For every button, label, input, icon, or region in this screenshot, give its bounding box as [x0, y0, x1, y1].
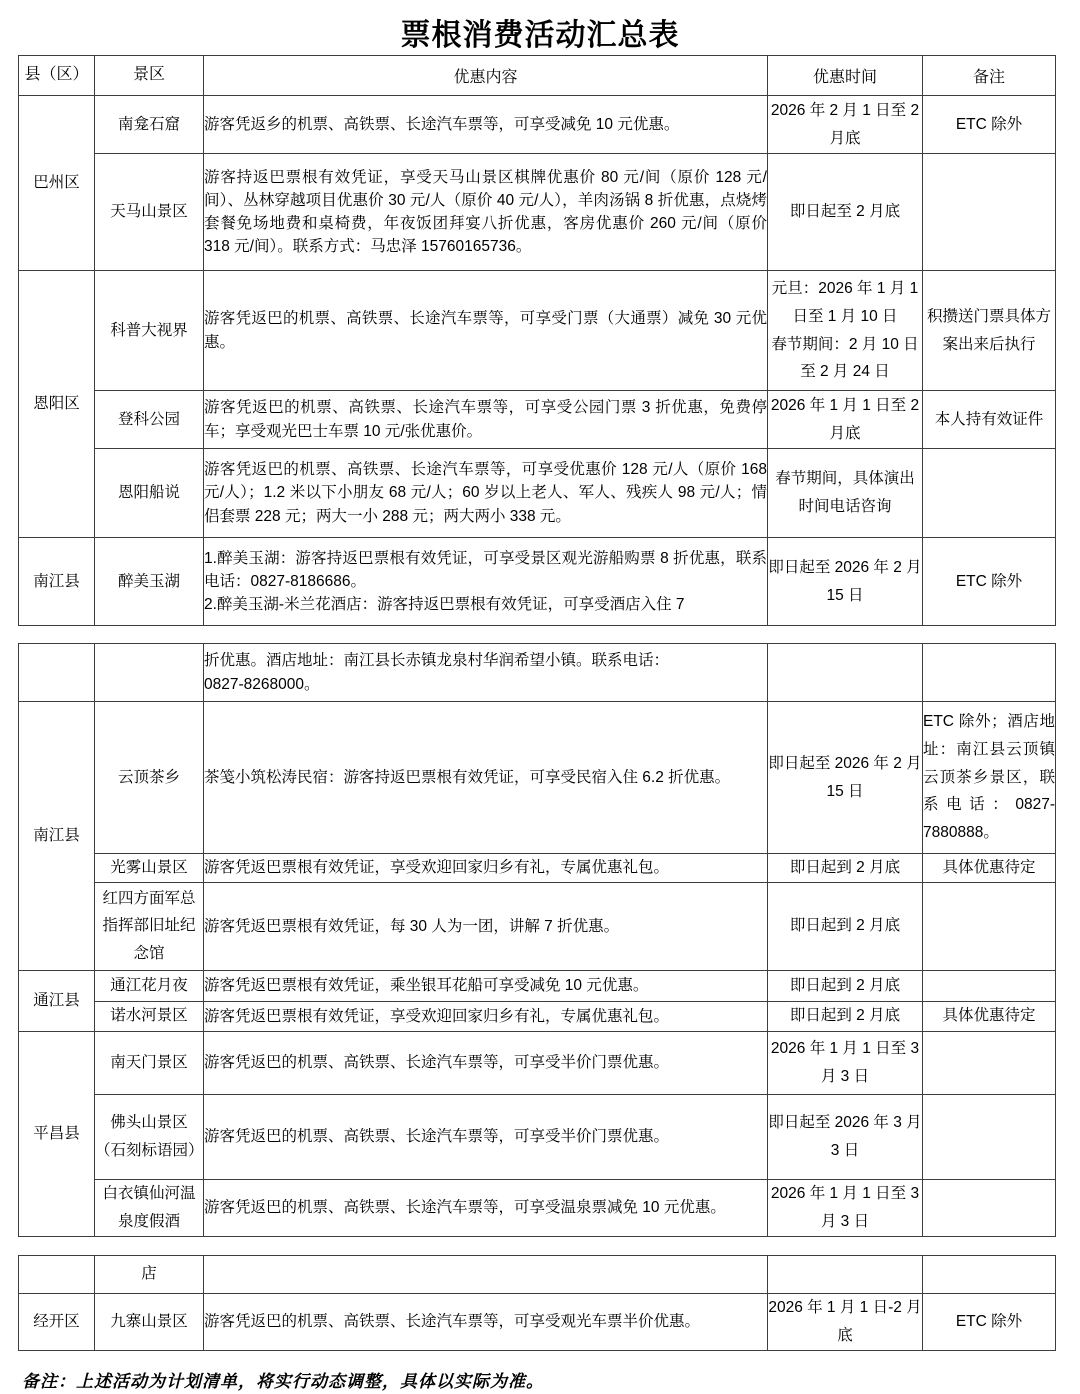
cell-discount-time: 即日起至 2 月底: [768, 154, 923, 271]
cell-scenic-name: 天马山景区: [95, 154, 204, 271]
cell-scenic-name: 南天门景区: [95, 1031, 204, 1094]
table-row: 佛头山景区（石刻标语园） 游客凭返巴的机票、高铁票、长途汽车票等，可享受半价门票…: [19, 1094, 1056, 1179]
table-row: 红四方面军总指挥部旧址纪念馆 游客凭返巴票根有效凭证，每 30 人为一团，讲解 …: [19, 882, 1056, 970]
summary-table-part-1: 县（区） 景区 优惠内容 优惠时间 备注 巴州区 南龛石窟 游客凭返乡的机票、高…: [18, 55, 1056, 626]
cell-remark: [923, 970, 1056, 1001]
cell-discount-time: 元旦：2026 年 1 月 1 日至 1 月 10 日 春节期间：2 月 10 …: [768, 271, 923, 391]
cell-remark: ETC 除外: [923, 96, 1056, 154]
cell-discount-content: 1.醉美玉湖：游客持返巴票根有效凭证，可享受景区观光游船购票 8 折优惠，联系电…: [204, 538, 768, 626]
cell-county: [19, 1255, 95, 1293]
document-page: 票根消费活动汇总表 县（区） 景区 优惠内容 优惠时间 备注 巴州区 南龛石窟 …: [0, 0, 1080, 1394]
cell-discount-time: 春节期间，具体演出时间电话咨询: [768, 449, 923, 538]
cell-discount-time: 2026 年 1 月 1 日至 3 月 3 日: [768, 1179, 923, 1236]
cell-remark: ETC 除外；酒店地址：南江县云顶镇云顶茶乡景区，联系电话：0827-78808…: [923, 702, 1056, 854]
table-row: 诺水河景区 游客凭返巴票根有效凭证，享受欢迎回家归乡有礼，专属优惠礼包。 即日起…: [19, 1001, 1056, 1031]
cell-discount-time: [768, 644, 923, 702]
cell-remark: [923, 1255, 1056, 1293]
table-row: 天马山景区 游客持返巴票根有效凭证，享受天马山景区棋牌优惠价 80 元/间（原价…: [19, 154, 1056, 271]
cell-discount-content: 游客凭返巴的机票、高铁票、长途汽车票等，可享受公园门票 3 折优惠，免费停车；享…: [204, 391, 768, 449]
cell-remark: [923, 1179, 1056, 1236]
page-title: 票根消费活动汇总表: [0, 0, 1080, 55]
cell-scenic-name: [95, 644, 204, 702]
cell-county: 通江县: [19, 970, 95, 1031]
cell-remark: ETC 除外: [923, 538, 1056, 626]
cell-scenic-name: 恩阳船说: [95, 449, 204, 538]
col-header-time: 优惠时间: [768, 56, 923, 96]
cell-discount-content: 折优惠。酒店地址：南江县长赤镇龙泉村华润希望小镇。联系电话： 0827-8268…: [204, 644, 768, 702]
cell-county: 南江县: [19, 702, 95, 971]
cell-scenic-name: 科普大视界: [95, 271, 204, 391]
cell-discount-time: 即日起到 2 月底: [768, 970, 923, 1001]
cell-remark: ETC 除外: [923, 1293, 1056, 1350]
table-row: 巴州区 南龛石窟 游客凭返乡的机票、高铁票、长途汽车票等，可享受减免 10 元优…: [19, 96, 1056, 154]
cell-discount-content: 游客凭返巴的机票、高铁票、长途汽车票等，可享受优惠价 128 元/人（原价 16…: [204, 449, 768, 538]
table-row: 白衣镇仙河温泉度假酒 游客凭返巴的机票、高铁票、长途汽车票等，可享受温泉票减免 …: [19, 1179, 1056, 1236]
cell-discount-content: 游客凭返巴的机票、高铁票、长途汽车票等，可享受温泉票减免 10 元优惠。: [204, 1179, 768, 1236]
table-row: 经开区 九寨山景区 游客凭返巴的机票、高铁票、长途汽车票等，可享受观光车票半价优…: [19, 1293, 1056, 1350]
cell-scenic-name: 佛头山景区（石刻标语园）: [95, 1094, 204, 1179]
cell-county: 恩阳区: [19, 271, 95, 538]
cell-discount-content: 游客持返巴票根有效凭证，享受天马山景区棋牌优惠价 80 元/间（原价 128 元…: [204, 154, 768, 271]
cell-remark: [923, 154, 1056, 271]
cell-remark: [923, 882, 1056, 970]
cell-discount-content: 茶笺小筑松涛民宿：游客持返巴票根有效凭证，可享受民宿入住 6.2 折优惠。: [204, 702, 768, 854]
cell-discount-time: 2026 年 1 月 1 日至 3 月 3 日: [768, 1031, 923, 1094]
cell-discount-time: [768, 1255, 923, 1293]
cell-discount-content: 游客凭返巴的机票、高铁票、长途汽车票等，可享受观光车票半价优惠。: [204, 1293, 768, 1350]
footer-note: 备注：上述活动为计划清单，将实行动态调整，具体以实际为准。: [22, 1367, 1080, 1392]
col-header-scenic: 景区: [95, 56, 204, 96]
cell-discount-content: 游客凭返巴票根有效凭证，乘坐银耳花船可享受减免 10 元优惠。: [204, 970, 768, 1001]
table-row: 南江县 醉美玉湖 1.醉美玉湖：游客持返巴票根有效凭证，可享受景区观光游船购票 …: [19, 538, 1056, 626]
cell-remark: [923, 1094, 1056, 1179]
summary-table-part-3: 店 经开区 九寨山景区 游客凭返巴的机票、高铁票、长途汽车票等，可享受观光车票半…: [18, 1255, 1056, 1351]
cell-remark: [923, 644, 1056, 702]
cell-discount-content: 游客凭返巴票根有效凭证，享受欢迎回家归乡有礼，专属优惠礼包。: [204, 1001, 768, 1031]
table-header-row: 县（区） 景区 优惠内容 优惠时间 备注: [19, 56, 1056, 96]
cell-remark: 具体优惠待定: [923, 1001, 1056, 1031]
table-row: 折优惠。酒店地址：南江县长赤镇龙泉村华润希望小镇。联系电话： 0827-8268…: [19, 644, 1056, 702]
cell-remark: [923, 1031, 1056, 1094]
cell-scenic-name: 九寨山景区: [95, 1293, 204, 1350]
cell-county: [19, 644, 95, 702]
cell-remark: 本人持有效证件: [923, 391, 1056, 449]
cell-scenic-name: 白衣镇仙河温泉度假酒: [95, 1179, 204, 1236]
table-row: 登科公园 游客凭返巴的机票、高铁票、长途汽车票等，可享受公园门票 3 折优惠，免…: [19, 391, 1056, 449]
cell-discount-time: 即日起到 2 月底: [768, 882, 923, 970]
table-row: 恩阳船说 游客凭返巴的机票、高铁票、长途汽车票等，可享受优惠价 128 元/人（…: [19, 449, 1056, 538]
table-row: 南江县 云顶茶乡 茶笺小筑松涛民宿：游客持返巴票根有效凭证，可享受民宿入住 6.…: [19, 702, 1056, 854]
cell-county: 平昌县: [19, 1031, 95, 1236]
cell-discount-content: [204, 1255, 768, 1293]
cell-remark: 积攒送门票具体方案出来后执行: [923, 271, 1056, 391]
cell-remark: 具体优惠待定: [923, 854, 1056, 883]
cell-scenic-name: 云顶茶乡: [95, 702, 204, 854]
cell-scenic-name: 通江花月夜: [95, 970, 204, 1001]
cell-discount-content: 游客凭返巴的机票、高铁票、长途汽车票等，可享受半价门票优惠。: [204, 1094, 768, 1179]
summary-table-part-2: 折优惠。酒店地址：南江县长赤镇龙泉村华润希望小镇。联系电话： 0827-8268…: [18, 643, 1056, 1237]
cell-discount-time: 2026 年 2 月 1 日至 2 月底: [768, 96, 923, 154]
table-row: 平昌县 南天门景区 游客凭返巴的机票、高铁票、长途汽车票等，可享受半价门票优惠。…: [19, 1031, 1056, 1094]
cell-discount-time: 2026 年 1 月 1 日至 2 月底: [768, 391, 923, 449]
cell-scenic-name: 登科公园: [95, 391, 204, 449]
table-row: 店: [19, 1255, 1056, 1293]
cell-discount-content: 游客凭返巴的机票、高铁票、长途汽车票等，可享受门票（大通票）减免 30 元优惠。: [204, 271, 768, 391]
cell-discount-time: 即日起到 2 月底: [768, 1001, 923, 1031]
cell-remark: [923, 449, 1056, 538]
cell-discount-content: 游客凭返乡的机票、高铁票、长途汽车票等，可享受减免 10 元优惠。: [204, 96, 768, 154]
cell-discount-content: 游客凭返巴票根有效凭证，享受欢迎回家归乡有礼，专属优惠礼包。: [204, 854, 768, 883]
cell-county: 经开区: [19, 1293, 95, 1350]
cell-discount-time: 即日起至 2026 年 3 月 3 日: [768, 1094, 923, 1179]
col-header-content: 优惠内容: [204, 56, 768, 96]
cell-discount-content: 游客凭返巴票根有效凭证，每 30 人为一团，讲解 7 折优惠。: [204, 882, 768, 970]
cell-scenic-name: 店: [95, 1255, 204, 1293]
table-row: 恩阳区 科普大视界 游客凭返巴的机票、高铁票、长途汽车票等，可享受门票（大通票）…: [19, 271, 1056, 391]
cell-discount-time: 2026 年 1 月 1 日-2 月底: [768, 1293, 923, 1350]
cell-discount-time: 即日起到 2 月底: [768, 854, 923, 883]
cell-scenic-name: 红四方面军总指挥部旧址纪念馆: [95, 882, 204, 970]
cell-discount-content: 游客凭返巴的机票、高铁票、长途汽车票等，可享受半价门票优惠。: [204, 1031, 768, 1094]
cell-county: 南江县: [19, 538, 95, 626]
cell-scenic-name: 光雾山景区: [95, 854, 204, 883]
cell-scenic-name: 南龛石窟: [95, 96, 204, 154]
cell-county: 巴州区: [19, 96, 95, 271]
cell-scenic-name: 醉美玉湖: [95, 538, 204, 626]
cell-scenic-name: 诺水河景区: [95, 1001, 204, 1031]
table-row: 光雾山景区 游客凭返巴票根有效凭证，享受欢迎回家归乡有礼，专属优惠礼包。 即日起…: [19, 854, 1056, 883]
col-header-county: 县（区）: [19, 56, 95, 96]
table-row: 通江县 通江花月夜 游客凭返巴票根有效凭证，乘坐银耳花船可享受减免 10 元优惠…: [19, 970, 1056, 1001]
col-header-remark: 备注: [923, 56, 1056, 96]
cell-discount-time: 即日起至 2026 年 2 月 15 日: [768, 538, 923, 626]
cell-discount-time: 即日起至 2026 年 2 月 15 日: [768, 702, 923, 854]
